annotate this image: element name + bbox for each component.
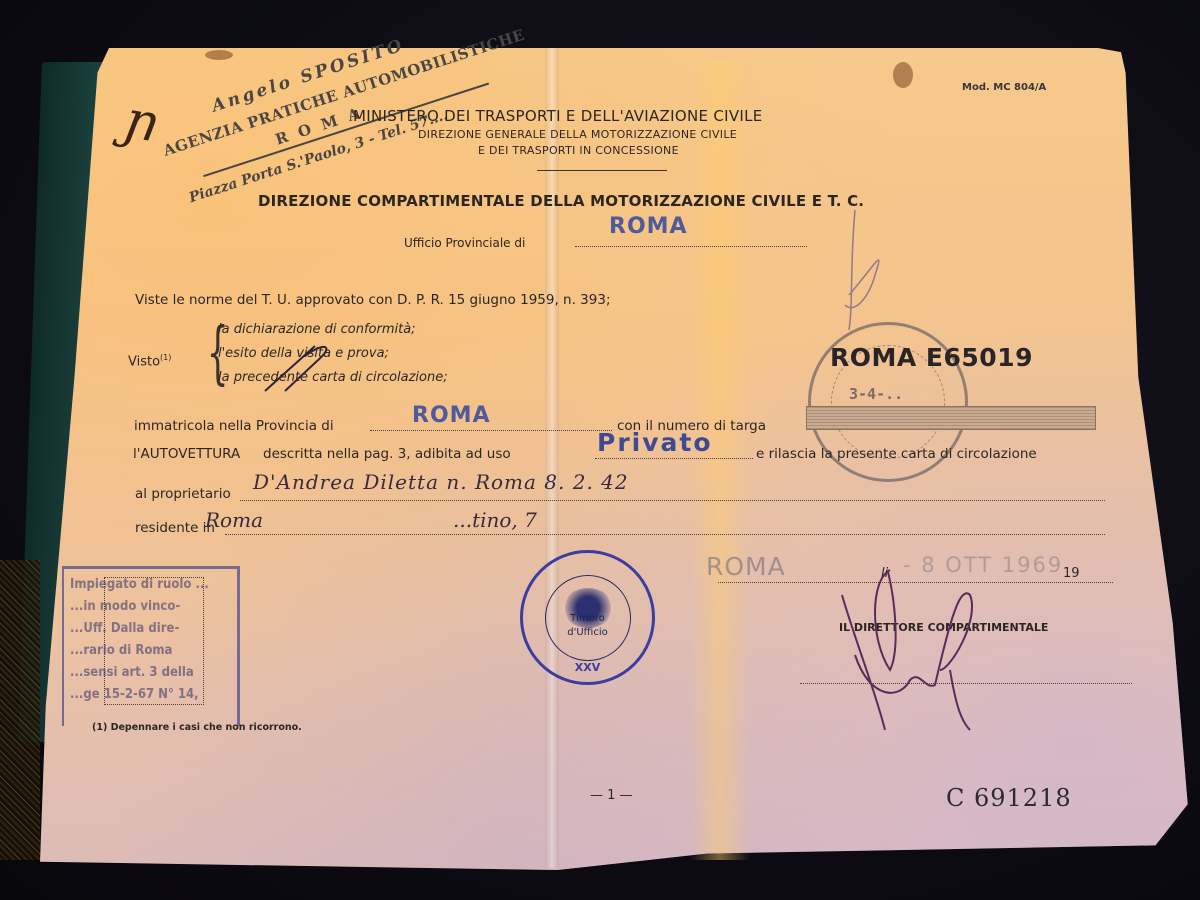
office-value: ROMA [609,214,688,239]
box-stamp-dotted-frame [104,577,204,705]
issue-text: e rilascia la presente carta di circolaz… [756,446,1037,462]
owner-dotted-line [240,500,1105,501]
page-number: — 1 — [590,788,633,803]
vehicle-label: l'AUTOVETTURA [133,446,240,462]
box-stamp-line: ...rario di Roma [70,643,172,658]
office-label: Ufficio Provinciale di [404,236,525,250]
plate-number-field-redacted [806,406,1096,430]
directorate-line-1: DIREZIONE GENERALE DELLA MOTORIZZAZIONE … [418,128,737,141]
official-box-stamp: Impiegato di ruolo ... ...in modo vinco-… [62,566,240,726]
official-round-stamp: Timbro d'Ufficio XXV [520,550,655,685]
registration-number-stamp: ROMA E65019 [830,343,1033,372]
owner-label: al proprietario [135,486,231,502]
office-dotted-line [575,246,807,247]
place-stamp: ROMA [706,552,786,581]
director-signature [830,560,990,735]
box-stamp-line: Impiegato di ruolo ... [70,577,209,592]
province-label: immatricola nella Provincia di [134,418,334,434]
box-stamp-line: ...sensi art. 3 della [70,665,194,680]
residence-value-handwritten: Roma [205,508,263,532]
owner-value-handwritten: D'Andrea Diletta n. Roma 8. 2. 42 [253,470,629,494]
residence-street-handwritten: ...tino, 7 [453,508,537,532]
paper-fold-highlight [690,60,750,860]
ministry-title: MINISTERO DEI TRASPORTI E DELL'AVIAZIONE… [353,107,763,125]
visto-label-text: Visto [128,354,160,369]
residence-dotted-line [225,534,1105,535]
strike-through-mark [255,336,345,396]
province-value: ROMA [412,403,491,428]
compartmental-title: DIREZIONE COMPARTIMENTALE DELLA MOTORIZZ… [258,192,864,210]
round-stamp-center-line-1: Timbro [523,613,652,624]
header-rule [537,170,667,171]
use-dotted-line [595,458,753,459]
visto-item: la dichiarazione di conformità; [218,322,416,337]
paper-stain [893,62,913,88]
vehicle-description: descritta nella pag. 3, adibita ad uso [263,446,511,462]
form-code: Mod. MC 804/A [962,82,1046,93]
grey-postmark-date: 3-4-.. [849,385,903,403]
serial-number: C 691218 [946,784,1072,812]
directorate-line-2: E DEI TRASPORTI IN CONCESSIONE [478,144,679,157]
box-stamp-line: ...Uff. Dalla dire- [70,621,179,636]
province-dotted-line [370,430,612,431]
visto-label: Visto(1) [128,353,171,369]
footnote: (1) Depennare i casi che non ricorrono. [92,722,302,733]
document-spine [545,48,559,868]
glitter-background [0,560,40,860]
year-prefix: 19 [1063,566,1080,581]
box-stamp-line: ...ge 15-2-67 N° 14, [70,687,199,702]
visto-footnote-mark: (1) [160,353,171,362]
handwritten-f-mark [835,205,895,335]
box-stamp-line: ...in modo vinco- [70,599,180,614]
round-stamp-number: XXV [523,661,652,674]
residence-label: residente in [135,520,215,536]
round-stamp-center-line-2: d'Ufficio [523,627,652,638]
viste-line: Viste le norme del T. U. approvato con D… [135,292,611,308]
use-value: Privato [597,428,713,457]
